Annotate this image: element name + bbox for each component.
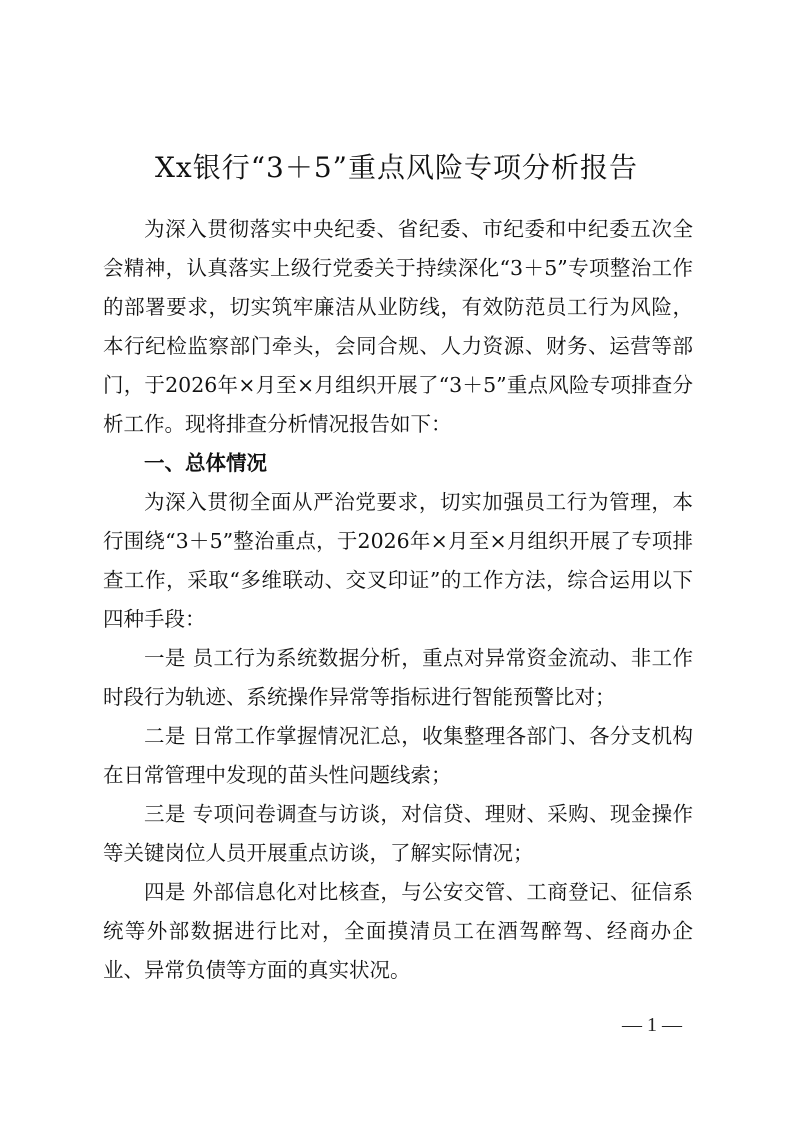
- document-body: 为深入贯彻落实中央纪委、省纪委、市纪委和中纪委五次全会精神，认真落实上级行党委关…: [103, 210, 693, 990]
- method-item-4: 四是 外部信息化对比核查，与公安交管、工商登记、征信系统等外部数据进行比对，全面…: [103, 873, 693, 990]
- section-heading-overview: 一、总体情况: [103, 444, 693, 483]
- method-item-1: 一是 员工行为系统数据分析，重点对异常资金流动、非工作时段行为轨迹、系统操作异常…: [103, 639, 693, 717]
- document-page: Xx银行“3＋5”重点风险专项分析报告 为深入贯彻落实中央纪委、省纪委、市纪委和…: [0, 0, 793, 1122]
- method-item-3: 三是 专项问卷调查与访谈，对信贷、理财、采购、现金操作等关键岗位人员开展重点访谈…: [103, 795, 693, 873]
- page-number: — 1 —: [612, 1010, 692, 1040]
- document-title: Xx银行“3＋5”重点风险专项分析报告: [0, 148, 793, 188]
- overview-paragraph: 为深入贯彻全面从严治党要求，切实加强员工行为管理，本行围绕“3＋5”整治重点，于…: [103, 483, 693, 639]
- method-item-2: 二是 日常工作掌握情况汇总，收集整理各部门、各分支机构在日常管理中发现的苗头性问…: [103, 717, 693, 795]
- intro-paragraph: 为深入贯彻落实中央纪委、省纪委、市纪委和中纪委五次全会精神，认真落实上级行党委关…: [103, 210, 693, 444]
